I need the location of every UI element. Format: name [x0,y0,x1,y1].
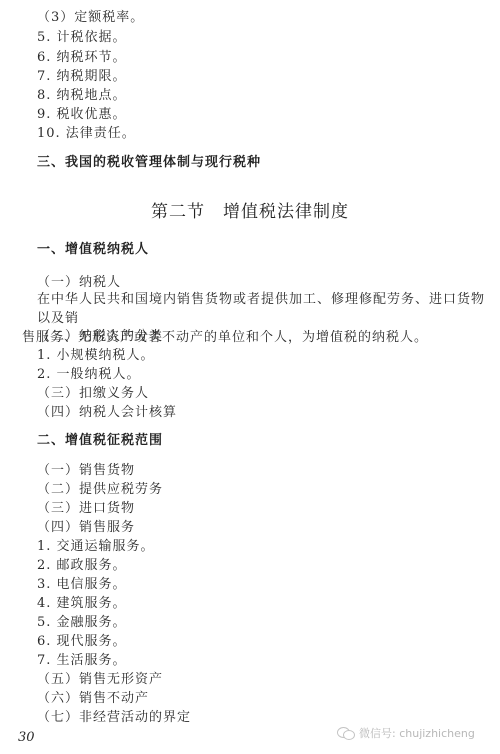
list-item: 3. 电信服务。 [37,577,127,593]
list-item: 2. 邮政服务。 [37,558,127,574]
list-item: 7. 生活服务。 [37,653,127,669]
list-item: （七）非经营活动的界定 [37,710,191,726]
list-item: （三）进口货物 [37,501,135,517]
section-title: 第二节 增值税法律制度 [0,202,500,222]
list-item: 6. 现代服务。 [37,634,127,650]
list-item: （四）纳税人会计核算 [37,405,177,421]
watermark-text: 微信号: chujizhicheng [359,725,475,741]
paragraph-line: 在中华人民共和国境内销售货物或者提供加工、修理修配劳务、进口货物以及销 [22,290,492,328]
list-item: （四）销售服务 [37,520,135,536]
list-item: 1. 交通运输服务。 [37,539,155,555]
wechat-icon [337,727,355,739]
list-item: 5. 金融服务。 [37,615,127,631]
list-item: 8. 纳税地点。 [37,88,127,104]
list-item: 9. 税收优惠。 [37,107,127,123]
list-item: （五）销售无形资产 [37,672,163,688]
list-item: 2. 一般纳税人。 [37,367,141,383]
list-item: 6. 纳税环节。 [37,50,127,66]
list-item: （二）纳税人的分类 [37,329,163,345]
list-item: （一）销售货物 [37,463,135,479]
heading-vat-taxpayer: 一、增值税纳税人 [37,242,149,258]
list-item: 4. 建筑服务。 [37,596,127,612]
list-item: （三）扣缴义务人 [37,386,149,402]
list-item: 10. 法律责任。 [37,126,136,142]
list-item: （3）定额税率。 [37,10,144,26]
subheading: （一）纳税人 [37,275,121,291]
heading-vat-scope: 二、增值税征税范围 [37,433,163,449]
watermark: 微信号: chujizhicheng [337,725,475,741]
list-item: 7. 纳税期限。 [37,69,127,85]
list-item: 5. 计税依据。 [37,30,127,46]
list-item: （六）销售不动产 [37,691,149,707]
page-number: 30 [18,730,35,745]
list-item: （二）提供应税劳务 [37,482,163,498]
heading-tax-system: 三、我国的税收管理体制与现行税种 [37,155,261,171]
list-item: 1. 小规模纳税人。 [37,348,155,364]
